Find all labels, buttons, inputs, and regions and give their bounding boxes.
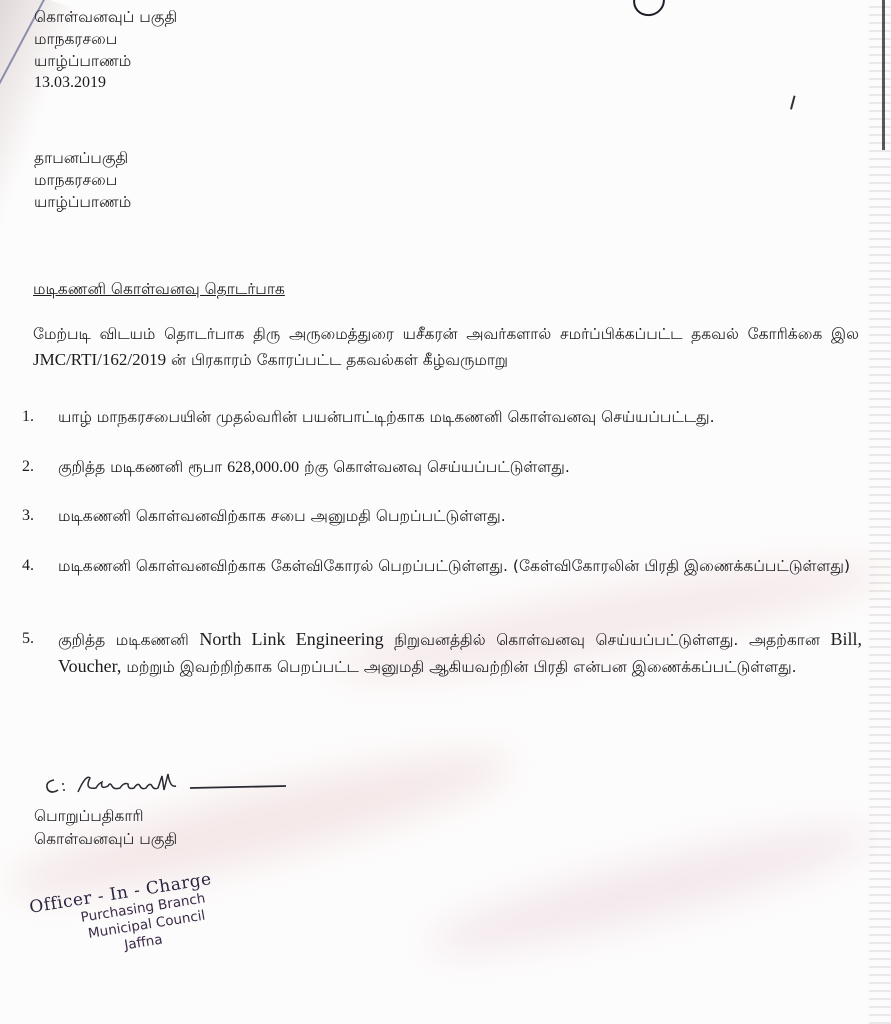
sender-line: யாழ்ப்பாணம் (34, 50, 177, 72)
list-text: மடிகணனி கொள்வனவிற்காக கேள்விகோரல் பெறப்ப… (58, 553, 862, 579)
reference-number: JMC/RTI/162/2019 (33, 350, 166, 369)
recipient-line: மாநகரசபை (34, 169, 131, 191)
intro-text: ன் பிரகாரம் கோரப்பட்ட தகவல்கள் கீழ்வருமா… (171, 351, 508, 369)
signatory-department: கொள்வனவுப் பகுதி (34, 828, 177, 851)
list-text: குறித்த மடிகணனி ரூபா 628,000.00 ற்கு கொள… (58, 454, 862, 481)
list-text-part: குறித்த மடிகணனி (58, 631, 189, 649)
list-number: 1. (22, 404, 58, 430)
sender-line: கொள்வனவுப் பகுதி (34, 6, 177, 28)
recipient-address: தாபனப்பகுதி மாநகரசபை யாழ்ப்பாணம் (34, 147, 131, 213)
list-text: மடிகணனி கொள்வனவிற்காக சபை அனுமதி பெறப்பட… (58, 503, 862, 529)
scan-edge (869, 0, 891, 1024)
company-name: North Link Engineering (199, 629, 383, 649)
list-text: யாழ் மாநகரசபையின் முதல்வரின் பயன்பாட்டிற… (58, 404, 862, 430)
list-item: 2. குறித்த மடிகணனி ரூபா 628,000.00 ற்கு … (22, 454, 862, 481)
list-item: 5. குறித்த மடிகணனி North Link Engineerin… (22, 626, 862, 680)
list-text-part: ற்கு கொள்வனவு செய்யப்பட்டுள்ளது. (304, 458, 570, 476)
signatory-block: பொறுப்பதிகாரி கொள்வனவுப் பகுதி (34, 805, 177, 851)
list-number: 2. (22, 454, 58, 481)
list-item: 1. யாழ் மாநகரசபையின் முதல்வரின் பயன்பாட்… (22, 404, 862, 430)
handwritten-circle-mark (629, 0, 669, 21)
recipient-line: தாபனப்பகுதி (34, 147, 131, 169)
list-number: 4. (22, 553, 58, 579)
list-text: குறித்த மடிகணனி North Link Engineering ந… (58, 626, 862, 680)
handwritten-signature (40, 768, 300, 802)
scan-edge-bar (882, 0, 885, 150)
recipient-line: யாழ்ப்பாணம் (34, 191, 131, 213)
list-text-part: மற்றும் இவற்றிற்காக பெறப்பட்ட அனுமதி ஆகி… (126, 658, 796, 676)
list-number: 5. (22, 626, 58, 680)
list-item: 4. மடிகணனி கொள்வனவிற்காக கேள்விகோரல் பெற… (22, 553, 862, 579)
letter-date: 13.03.2019 (34, 72, 177, 94)
sender-address: கொள்வனவுப் பகுதி மாநகரசபை யாழ்ப்பாணம் 13… (34, 6, 177, 94)
handwritten-tick-mark (778, 92, 795, 109)
list-text-part: நிறுவனத்தில் கொள்வனவு செய்யப்பட்டுள்ளது.… (394, 631, 820, 649)
intro-text: மேற்படி விடயம் தொடர்பாக திரு அருமைத்துரை… (33, 325, 859, 343)
list-number: 3. (22, 503, 58, 529)
list-item: 3. மடிகணனி கொள்வனவிற்காக சபை அனுமதி பெறப… (22, 503, 862, 529)
sender-line: மாநகரசபை (34, 28, 177, 50)
list-text-part: குறித்த மடிகணனி ரூபா (58, 458, 222, 476)
ink-smudge (420, 805, 881, 975)
purchase-amount: 628,000.00 (227, 459, 299, 476)
intro-paragraph: மேற்படி விடயம் தொடர்பாக திரு அருமைத்துரை… (33, 321, 859, 373)
signatory-title: பொறுப்பதிகாரி (34, 805, 177, 828)
letter-subject: மடிகணனி கொள்வனவு தொடர்பாக (33, 278, 285, 300)
document-page: கொள்வனவுப் பகுதி மாநகரசபை யாழ்ப்பாணம் 13… (0, 0, 891, 1024)
